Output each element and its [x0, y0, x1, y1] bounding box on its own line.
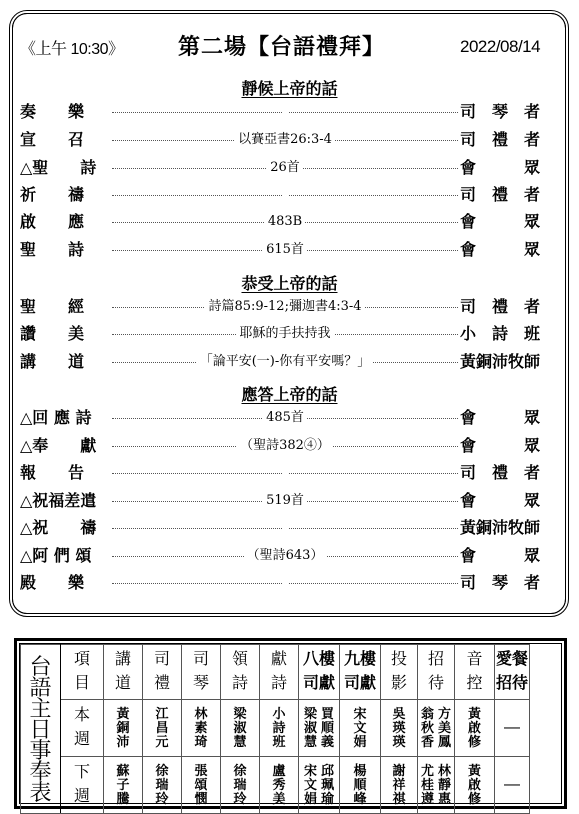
order-item-label: 奏 樂 [20, 99, 112, 125]
duty-week-label: 本週 [61, 700, 104, 757]
order-item-content [112, 99, 458, 125]
duty-cell: 宋文娟邱珮瑜 [299, 757, 340, 814]
order-item-label: 啟 應 [20, 209, 112, 235]
duty-row-next-week: 下週蘇子騰徐瑞玲張頌憫徐瑞玲盧秀美宋文娟邱珮瑜楊順峰謝祥祺尤桂遵林靜惠黃啟修— [21, 757, 570, 814]
order-item-label: 聖 詩 [20, 237, 112, 263]
order-item-label: △聖 詩 [20, 155, 112, 181]
order-item-label: 聖 經 [20, 294, 112, 320]
order-item-leader: 小 詩 班 [460, 321, 555, 347]
duty-cell: 小詩班 [260, 700, 299, 757]
person-name: 吳瑛瑛 [392, 707, 406, 749]
order-row: 啟 應483B會 眾 [0, 209, 579, 235]
order-row: 宣 召以賽亞書26:3-4司 禮 者 [0, 127, 579, 153]
duty-header-cell: 司禮 [143, 645, 182, 700]
duty-cell: — [495, 700, 530, 757]
person-name: 黃銅沛 [116, 707, 130, 749]
duty-cell: 尤桂遵林靜惠 [418, 757, 455, 814]
order-item-content: 以賽亞書26:3-4 [112, 127, 458, 153]
duty-cell: 梁淑慧買順義 [299, 700, 340, 757]
section-heading-1: 靜候上帝的話 [0, 76, 579, 99]
duty-header-cell: 九樓司獻 [340, 645, 381, 700]
order-row: 奏 樂司 琴 者 [0, 99, 579, 125]
person-name: 林靜惠 [438, 764, 452, 806]
order-item-leader: 會 眾 [460, 405, 555, 431]
order-item-content [112, 460, 458, 486]
person-name: 宋文娟 [353, 707, 367, 749]
duty-cell: 吳瑛瑛 [381, 700, 418, 757]
person-name: 小詩班 [272, 707, 286, 749]
duty-cell: — [495, 757, 530, 814]
order-item-label: △奉 獻 [20, 433, 112, 459]
duty-cell: 黃啟修 [455, 700, 495, 757]
order-item-content: 詩篇85:9-12;彌迦書4:3-4 [112, 294, 458, 320]
order-item-leader: 黃銅沛牧師 [460, 515, 555, 541]
duty-header-cell: 講道 [104, 645, 143, 700]
order-item-leader: 會 眾 [460, 155, 555, 181]
service-date: 2022/08/14 [460, 37, 540, 57]
person-name: 謝祥祺 [392, 764, 406, 806]
order-item-leader: 司 琴 者 [460, 570, 555, 596]
person-name: 黃啟修 [468, 764, 482, 806]
order-item-leader: 司 琴 者 [460, 99, 555, 125]
order-item-label: △祝福差遣 [20, 488, 112, 514]
duty-header-cell: 投影 [381, 645, 418, 700]
order-item-content: （聖詩382④） [112, 433, 458, 459]
duty-cell: 徐瑞玲 [221, 757, 260, 814]
order-row: △奉 獻（聖詩382④）會 眾 [0, 433, 579, 459]
order-row: △阿 們 頌（聖詩643）會 眾 [0, 543, 579, 569]
duty-cell: 黃啟修 [455, 757, 495, 814]
order-row: 讚 美耶穌的手扶持我小 詩 班 [0, 321, 579, 347]
duty-cell: 黃銅沛 [104, 700, 143, 757]
duty-header-cell: 領詩 [221, 645, 260, 700]
order-item-content: 485首 [112, 405, 458, 431]
order-row: △祝 禱黃銅沛牧師 [0, 515, 579, 541]
duty-header-cell: 獻詩 [260, 645, 299, 700]
order-item-leader: 會 眾 [460, 433, 555, 459]
service-time: 《上午 10:30》 [20, 36, 124, 59]
order-item-content: 615首 [112, 237, 458, 263]
duty-table-title: 台語主日事奉表 [21, 645, 61, 814]
duty-header-cell: 項目 [61, 645, 104, 700]
order-item-label: 報 告 [20, 460, 112, 486]
person-name: 江昌元 [155, 707, 169, 749]
order-row: 聖 經詩篇85:9-12;彌迦書4:3-4司 禮 者 [0, 294, 579, 320]
duty-header-row: 台語主日事奉表項目講道司禮司琴領詩獻詩八樓司獻九樓司獻投影招待音控愛餐招待 [21, 645, 570, 700]
duty-cell: 謝祥祺 [381, 757, 418, 814]
order-item-label: 宣 召 [20, 127, 112, 153]
order-item-content: 耶穌的手扶持我 [112, 321, 458, 347]
duty-header-cell: 司琴 [182, 645, 221, 700]
order-item-content [112, 570, 458, 596]
person-name: 黃啟修 [468, 707, 482, 749]
order-item-label: 祈 禱 [20, 182, 112, 208]
duty-header-cell: 招待 [418, 645, 455, 700]
order-item-label: △回 應 詩 [20, 405, 112, 431]
person-name: 翁秋香 [421, 707, 435, 749]
duty-row-this-week: 本週黃銅沛江昌元林素琦梁淑慧小詩班梁淑慧買順義宋文娟吳瑛瑛翁秋香方美鳳黃啟修— [21, 700, 570, 757]
person-name: 梁淑慧 [304, 707, 318, 749]
duty-cell: 梁淑慧 [221, 700, 260, 757]
person-name: 徐瑞玲 [233, 764, 247, 806]
person-name: 宋文娟 [304, 764, 318, 806]
person-name: 方美鳳 [438, 707, 452, 749]
duty-cell: 徐瑞玲 [143, 757, 182, 814]
duty-cell: 林素琦 [182, 700, 221, 757]
person-name: 蘇子騰 [116, 764, 130, 806]
order-row: △祝福差遣519首會 眾 [0, 488, 579, 514]
duty-cell: 盧秀美 [260, 757, 299, 814]
order-item-content: 26首 [112, 155, 458, 181]
duty-header-cell: 愛餐招待 [495, 645, 530, 700]
person-name: 邱珮瑜 [321, 764, 335, 806]
duty-roster-table: 台語主日事奉表項目講道司禮司琴領詩獻詩八樓司獻九樓司獻投影招待音控愛餐招待本週黃… [14, 638, 567, 809]
duty-cell: 張頌憫 [182, 757, 221, 814]
person-name: 張頌憫 [194, 764, 208, 806]
order-item-label: 讚 美 [20, 321, 112, 347]
person-name: 尤桂遵 [421, 764, 435, 806]
person-name: 買順義 [321, 707, 335, 749]
person-name: 徐瑞玲 [155, 764, 169, 806]
page-title: 第二場【台語禮拜】 [178, 30, 385, 61]
order-item-leader: 司 禮 者 [460, 460, 555, 486]
order-item-label: 殿 樂 [20, 570, 112, 596]
order-item-leader: 會 眾 [460, 209, 555, 235]
person-name: 盧秀美 [272, 764, 286, 806]
order-item-content: 483B [112, 209, 458, 235]
order-item-leader: 黃銅沛牧師 [460, 349, 555, 375]
order-row: 報 告司 禮 者 [0, 460, 579, 486]
order-row: 聖 詩615首會 眾 [0, 237, 579, 263]
order-item-leader: 會 眾 [460, 237, 555, 263]
person-name: 林素琦 [194, 707, 208, 749]
order-row: 殿 樂司 琴 者 [0, 570, 579, 596]
section-heading-2: 恭受上帝的話 [0, 271, 579, 294]
duty-cell: 宋文娟 [340, 700, 381, 757]
duty-header-cell: 八樓司獻 [299, 645, 340, 700]
duty-cell: 蘇子騰 [104, 757, 143, 814]
order-item-content: 519首 [112, 488, 458, 514]
duty-header-cell: 音控 [455, 645, 495, 700]
order-item-leader: 會 眾 [460, 543, 555, 569]
order-item-content: （聖詩643） [112, 543, 458, 569]
order-item-label: △祝 禱 [20, 515, 112, 541]
duty-cell: 翁秋香方美鳳 [418, 700, 455, 757]
person-name: 梁淑慧 [233, 707, 247, 749]
order-item-content [112, 182, 458, 208]
duty-cell: 江昌元 [143, 700, 182, 757]
order-item-leader: 司 禮 者 [460, 294, 555, 320]
order-item-leader: 會 眾 [460, 488, 555, 514]
order-row: △聖 詩26首會 眾 [0, 155, 579, 181]
person-name: 楊順峰 [353, 764, 367, 806]
order-item-label: 講 道 [20, 349, 112, 375]
order-row: 講 道「論平安(一)-你有平安嗎？」黃銅沛牧師 [0, 349, 579, 375]
duty-cell: 楊順峰 [340, 757, 381, 814]
order-item-leader: 司 禮 者 [460, 182, 555, 208]
order-item-content: 「論平安(一)-你有平安嗎？」 [112, 349, 458, 375]
duty-week-label: 下週 [61, 757, 104, 814]
order-item-content [112, 515, 458, 541]
order-item-leader: 司 禮 者 [460, 127, 555, 153]
order-row: 祈 禱司 禮 者 [0, 182, 579, 208]
section-heading-3: 應答上帝的話 [0, 382, 579, 405]
order-item-label: △阿 們 頌 [20, 543, 112, 569]
order-row: △回 應 詩485首會 眾 [0, 405, 579, 431]
